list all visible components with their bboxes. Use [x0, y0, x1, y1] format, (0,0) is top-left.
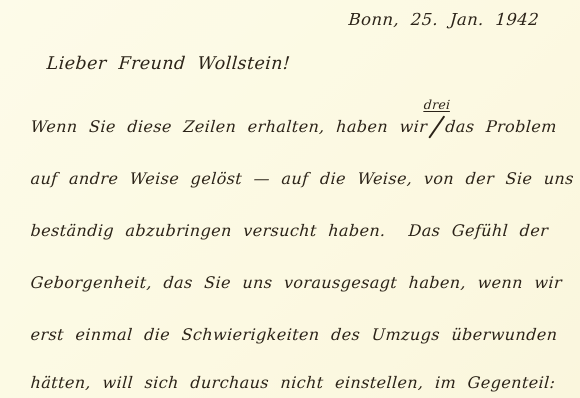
body-line-1: Wenn Sie diese Zeilen erhalten, haben wi… [30, 100, 565, 152]
body-line-3-text: beständig abzubringen versucht haben. Da… [30, 221, 549, 240]
body-line-2-text: auf andre Weise gelöst — auf die Weise, … [30, 169, 575, 188]
line1-text-before-insertion: Wenn Sie diese Zeilen erhalten, haben wi… [30, 117, 428, 136]
inserted-word-above-line: drei [423, 97, 451, 112]
letter-body: Wenn Sie diese Zeilen erhalten, haben wi… [30, 100, 565, 398]
caret-slash-icon [429, 115, 446, 138]
body-line-2: auf andre Weise gelöst — auf die Weise, … [30, 152, 565, 204]
body-line-6: hätten, will sich durchaus nicht einstel… [30, 360, 565, 398]
letter-page: Bonn, 25. Jan. 1942 Lieber Freund Wollst… [0, 0, 580, 398]
line1-text-after-insertion: das Problem [445, 117, 558, 136]
body-line-4: Geborgenheit, das Sie uns vorausgesagt h… [30, 256, 565, 308]
body-line-3: beständig abzubringen versucht haben. Da… [30, 204, 565, 256]
body-line-5-text: erst einmal die Schwierigkeiten des Umzu… [30, 325, 558, 344]
body-line-4-text: Geborgenheit, das Sie uns vorausgesagt h… [30, 273, 563, 292]
body-line-6-text: hätten, will sich durchaus nicht einstel… [30, 373, 556, 392]
body-line-1-content: Wenn Sie diese Zeilen erhalten, haben wi… [30, 114, 558, 138]
insertion-mark: drei [429, 114, 445, 138]
letter-salutation: Lieber Freund Wollstein! [46, 54, 291, 74]
letter-dateline: Bonn, 25. Jan. 1942 [348, 10, 540, 29]
body-line-5: erst einmal die Schwierigkeiten des Umzu… [30, 308, 565, 360]
